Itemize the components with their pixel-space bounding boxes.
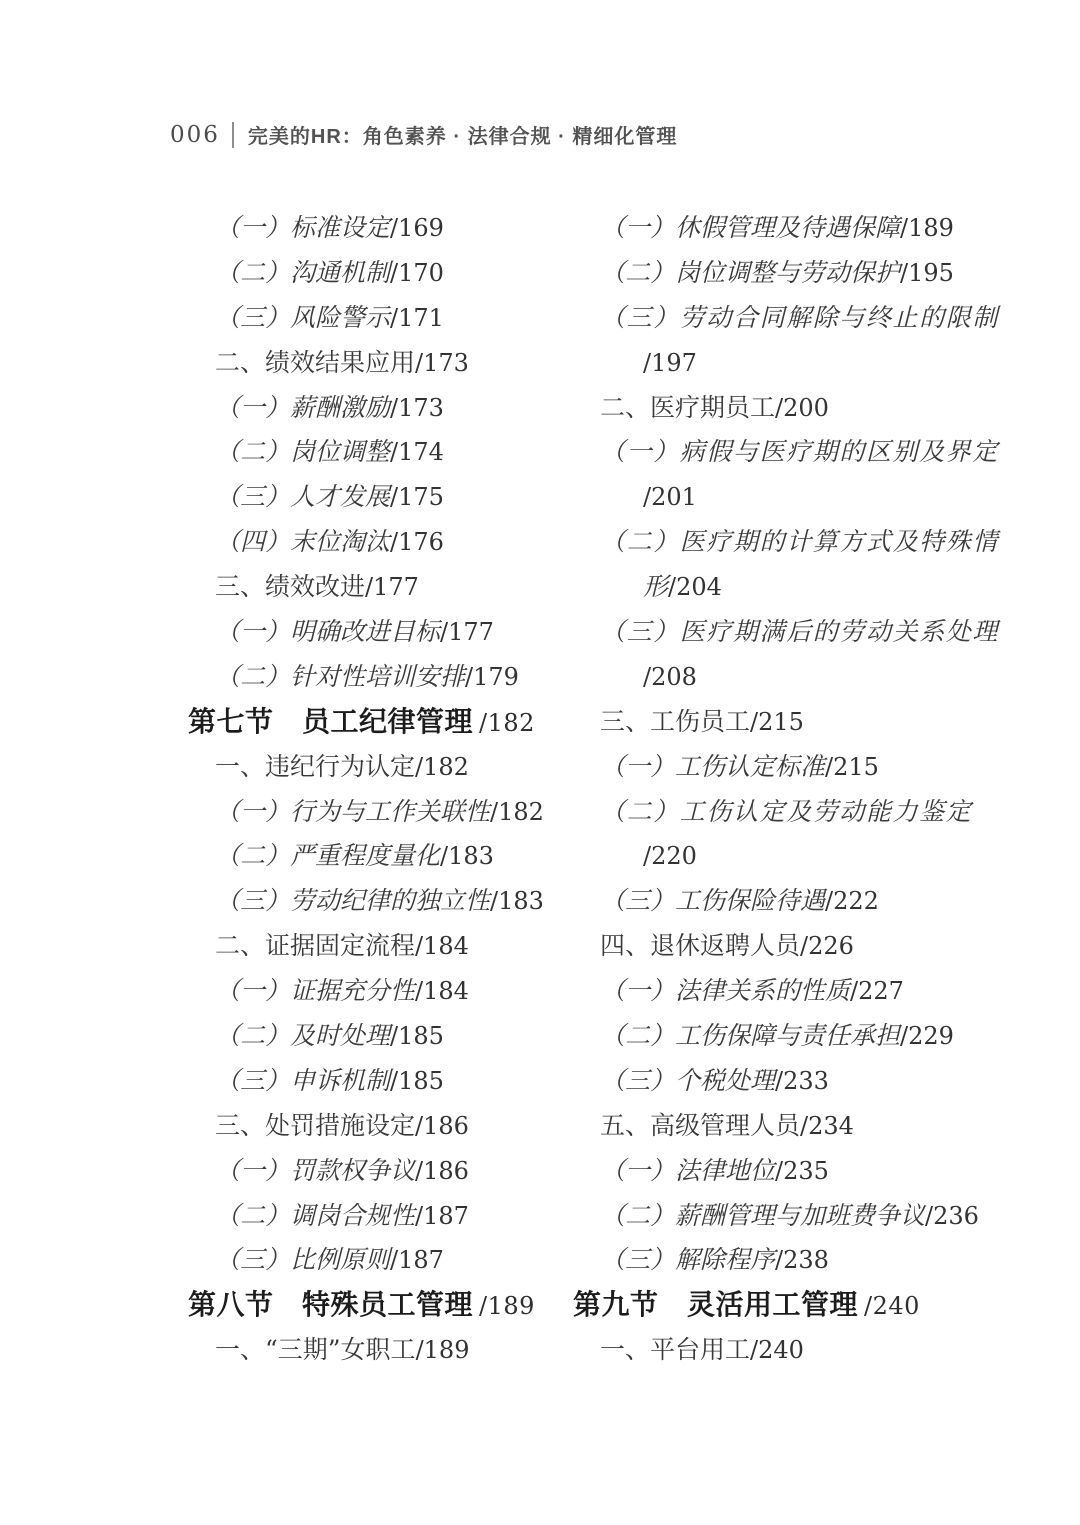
toc-entry-title: （二）及时处理	[215, 1021, 390, 1050]
toc-entry: （二）严重程度量化/183	[215, 834, 558, 879]
toc-entry: 形/204	[643, 565, 963, 610]
toc-entry-page-number: /201	[643, 483, 697, 511]
toc-entry-title: （一）标准设定	[215, 213, 390, 242]
toc-entry: （二）岗位调整与劳动保护/195	[600, 251, 963, 296]
toc-entry-page-number: /184	[415, 977, 469, 1005]
toc-entry-page-number: /222	[825, 887, 879, 915]
toc-entry: （一）病假与医疗期的区别及界定	[600, 430, 963, 475]
toc-section-entry: 第八节 特殊员工管理/189	[188, 1283, 558, 1328]
toc-entry: 二、证据固定流程/184	[215, 924, 558, 969]
toc-entry-title: （二）调岗合规性	[215, 1201, 415, 1230]
toc-entry-title: （三）劳动纪律的独立性	[215, 886, 490, 915]
toc-entry-title: （二）医疗期的计算方式及特殊情	[600, 527, 999, 556]
toc-entry-page-number: /186	[415, 1157, 469, 1185]
toc-entry: （一）证据充分性/184	[215, 969, 558, 1014]
toc-entry-title: 二、绩效结果应用	[215, 348, 415, 377]
toc-entry-page-number: /226	[800, 932, 854, 960]
toc-entry-page-number: /227	[850, 977, 904, 1005]
book-title: 完美的HR：角色素养 · 法律合规 · 精细化管理	[248, 120, 677, 149]
toc-entry-page-number: /183	[490, 887, 544, 915]
toc-entry-title: （二）工伤认定及劳动能力鉴定	[600, 797, 972, 826]
toc-entry-page-number: /182	[479, 709, 535, 737]
toc-entry-title: （四）末位淘汰	[215, 527, 390, 556]
toc-section-entry: 第九节 灵活用工管理/240	[573, 1283, 963, 1328]
toc-entry-page-number: /200	[775, 394, 829, 422]
toc-entry: （三）医疗期满后的劳动关系处理	[600, 610, 963, 655]
toc-entry: （三）解除程序/238	[600, 1238, 963, 1283]
toc-entry: （二）工伤保障与责任承担/229	[600, 1014, 963, 1059]
toc-entry-title: 形	[643, 572, 668, 601]
toc-entry-page-number: /183	[440, 842, 494, 870]
toc-entry-title: 一、平台用工	[600, 1335, 750, 1364]
toc-entry-title: （一）休假管理及待遇保障	[600, 213, 900, 242]
toc-entry-title: （二）岗位调整	[215, 437, 390, 466]
toc-entry: （二）医疗期的计算方式及特殊情	[600, 520, 963, 565]
toc-entry-title: （一）薪酬激励	[215, 393, 390, 422]
toc-entry-page-number: /229	[900, 1022, 954, 1050]
toc-entry: （二）薪酬管理与加班费争议/236	[600, 1194, 963, 1239]
toc-entry-title: （三）比例原则	[215, 1245, 390, 1274]
toc-entry-title: 一、“三期”女职工	[215, 1335, 416, 1364]
toc-entry: （一）行为与工作关联性/182	[215, 790, 558, 835]
toc-entry-title: （三）医疗期满后的劳动关系处理	[600, 617, 999, 646]
toc-entry-title: （三）人才发展	[215, 482, 390, 511]
toc-section-entry: 第七节 员工纪律管理/182	[188, 700, 558, 745]
toc-entry: 三、绩效改进/177	[215, 565, 558, 610]
toc-entry: /201	[643, 475, 963, 520]
toc-entry-title: （三）个税处理	[600, 1066, 775, 1095]
toc-entry: （二）岗位调整/174	[215, 430, 558, 475]
toc-entry-title: （三）风险警示	[215, 303, 390, 332]
toc-entry: （一）法律地位/235	[600, 1149, 963, 1194]
toc-entry-page-number: /185	[390, 1067, 444, 1095]
toc-entry: 三、工伤员工/215	[600, 700, 963, 745]
toc-entry-title: （三）工伤保险待遇	[600, 886, 825, 915]
toc-entry-page-number: /187	[415, 1202, 469, 1230]
toc-entry-page-number: /240	[750, 1336, 804, 1364]
toc-entry-page-number: /235	[775, 1157, 829, 1185]
toc-entry: （一）工伤认定标准/215	[600, 745, 963, 790]
toc-entry-page-number: /197	[643, 349, 697, 377]
toc-entry: /208	[643, 655, 963, 700]
toc-entry: /197	[643, 341, 963, 386]
toc-entry: （一）休假管理及待遇保障/189	[600, 206, 963, 251]
toc-entry: （二）调岗合规性/187	[215, 1194, 558, 1239]
toc-entry: （一）罚款权争议/186	[215, 1149, 558, 1194]
toc-entry: （一）薪酬激励/173	[215, 386, 558, 431]
toc-entry-page-number: /176	[390, 528, 444, 556]
toc-entry-title: （二）岗位调整与劳动保护	[600, 258, 900, 287]
toc-entry: （三）风险警示/171	[215, 296, 558, 341]
toc-entry-title: （一）法律关系的性质	[600, 976, 850, 1005]
toc-entry-page-number: /195	[900, 259, 954, 287]
toc-entry: （二）沟通机制/170	[215, 251, 558, 296]
toc-entry: （一）法律关系的性质/227	[600, 969, 963, 1014]
toc-entry: （一）明确改进目标/177	[215, 610, 558, 655]
toc-entry-title: （三）申诉机制	[215, 1066, 390, 1095]
toc-entry-page-number: /189	[479, 1292, 535, 1320]
toc-entry-page-number: /204	[668, 573, 722, 601]
toc-entry: 一、平台用工/240	[600, 1328, 963, 1373]
toc-entry-page-number: /220	[643, 842, 697, 870]
toc-entry-title: 四、退休返聘人员	[600, 931, 800, 960]
toc-entry-title: 第九节 灵活用工管理	[573, 1288, 858, 1321]
toc-entry-title: （二）针对性培训安排	[215, 662, 465, 691]
toc-entry: （三）比例原则/187	[215, 1238, 558, 1283]
toc-entry: （二）工伤认定及劳动能力鉴定	[600, 790, 963, 835]
toc-entry: 二、绩效结果应用/173	[215, 341, 558, 386]
toc-entry-title: （二）薪酬管理与加班费争议	[600, 1201, 925, 1230]
toc-entry: 二、医疗期员工/200	[600, 386, 963, 431]
toc-entry-page-number: /234	[800, 1112, 854, 1140]
toc-entry: 四、退休返聘人员/226	[600, 924, 963, 969]
toc-entry: （三）劳动纪律的独立性/183	[215, 879, 558, 924]
toc-entry: （一）标准设定/169	[215, 206, 558, 251]
toc-entry-title: 三、绩效改进	[215, 572, 365, 601]
toc-entry-page-number: /182	[415, 753, 469, 781]
toc-entry-page-number: /175	[390, 483, 444, 511]
toc-entry: 五、高级管理人员/234	[600, 1104, 963, 1149]
toc-entry-page-number: /189	[416, 1336, 470, 1364]
toc-entry-page-number: /173	[415, 349, 469, 377]
toc-entry: （三）工伤保险待遇/222	[600, 879, 963, 924]
toc-entry-page-number: /236	[925, 1202, 979, 1230]
toc-entry-page-number: /184	[415, 932, 469, 960]
toc-entry-title: （三）解除程序	[600, 1245, 775, 1274]
toc-entry-page-number: /238	[775, 1246, 829, 1274]
toc-entry-title: （一）罚款权争议	[215, 1156, 415, 1185]
toc-entry-page-number: /215	[825, 753, 879, 781]
toc-entry-title: （一）病假与医疗期的区别及界定	[600, 437, 999, 466]
toc-entry-page-number: /171	[390, 304, 444, 332]
running-head: 006 完美的HR：角色素养 · 法律合规 · 精细化管理	[170, 120, 677, 149]
toc-entry-page-number: /187	[390, 1246, 444, 1274]
toc-entry: （二）及时处理/185	[215, 1014, 558, 1059]
toc-entry: （三）劳动合同解除与终止的限制	[600, 296, 963, 341]
toc-entry-title: 第七节 员工纪律管理	[188, 705, 473, 738]
toc-entry-page-number: /173	[390, 394, 444, 422]
toc-entry-page-number: /186	[415, 1112, 469, 1140]
toc-entry: 一、违纪行为认定/182	[215, 745, 558, 790]
toc-right-column: （一）休假管理及待遇保障/189（二）岗位调整与劳动保护/195（三）劳动合同解…	[573, 206, 963, 1373]
toc-entry-page-number: /177	[440, 618, 494, 646]
toc-entry-page-number: /185	[390, 1022, 444, 1050]
toc-entry-page-number: /179	[465, 663, 519, 691]
toc-entry-title: （三）劳动合同解除与终止的限制	[600, 303, 999, 332]
toc-entry-page-number: /174	[390, 438, 444, 466]
toc-entry-title: （二）严重程度量化	[215, 841, 440, 870]
toc-entry-page-number: /215	[750, 708, 804, 736]
toc-entry-title: 二、证据固定流程	[215, 931, 415, 960]
toc-entry-title: 五、高级管理人员	[600, 1111, 800, 1140]
toc-entry-page-number: /169	[390, 214, 444, 242]
toc-entry-title: （一）证据充分性	[215, 976, 415, 1005]
toc-entry-title: 三、工伤员工	[600, 707, 750, 736]
toc-entry-page-number: /208	[643, 663, 697, 691]
toc-entry: （四）末位淘汰/176	[215, 520, 558, 565]
toc-entry-page-number: /182	[490, 798, 544, 826]
toc-entry-title: （二）沟通机制	[215, 258, 390, 287]
toc-entry-page-number: /240	[864, 1292, 920, 1320]
toc-entry: 三、处罚措施设定/186	[215, 1104, 558, 1149]
toc-entry-title: （一）明确改进目标	[215, 617, 440, 646]
toc-entry-title: （一）法律地位	[600, 1156, 775, 1185]
header-divider	[232, 122, 234, 148]
toc-entry-page-number: /189	[900, 214, 954, 242]
book-page: 006 完美的HR：角色素养 · 法律合规 · 精细化管理 （一）标准设定/16…	[0, 0, 1080, 1525]
toc-entry-title: （一）行为与工作关联性	[215, 797, 490, 826]
toc-entry: （二）针对性培训安排/179	[215, 655, 558, 700]
toc-entry: 一、“三期”女职工/189	[215, 1328, 558, 1373]
toc-entry: （三）申诉机制/185	[215, 1059, 558, 1104]
toc-entry-title: （二）工伤保障与责任承担	[600, 1021, 900, 1050]
toc-entry-page-number: /233	[775, 1067, 829, 1095]
page-number: 006	[170, 122, 220, 148]
toc-left-column: （一）标准设定/169（二）沟通机制/170（三）风险警示/171二、绩效结果应…	[188, 206, 558, 1373]
toc-entry-title: （一）工伤认定标准	[600, 752, 825, 781]
toc-entry: /220	[643, 834, 963, 879]
toc-entry-page-number: /177	[365, 573, 419, 601]
toc-entry-page-number: /170	[390, 259, 444, 287]
toc-entry-title: 二、医疗期员工	[600, 393, 775, 422]
toc-entry-title: 三、处罚措施设定	[215, 1111, 415, 1140]
toc-entry-title: 一、违纪行为认定	[215, 752, 415, 781]
toc-entry-title: 第八节 特殊员工管理	[188, 1288, 473, 1321]
toc-entry: （三）个税处理/233	[600, 1059, 963, 1104]
toc-entry: （三）人才发展/175	[215, 475, 558, 520]
